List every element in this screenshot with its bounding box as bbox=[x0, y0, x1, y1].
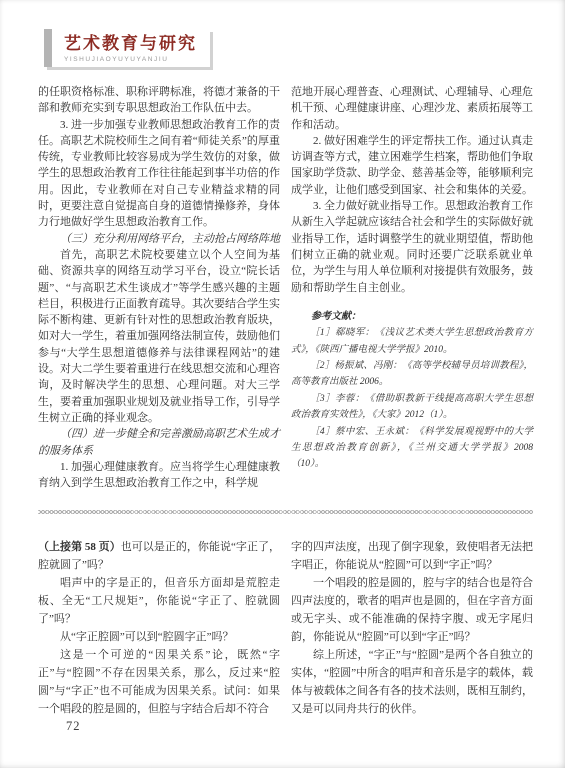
body-paragraph: 的任职资格标准、职称评聘标准，将德才兼备的干部和教师充实到专职思想政治工作队伍中… bbox=[38, 84, 280, 117]
body-paragraph: 从“字正腔圆”可以到“腔圆字正”吗？ bbox=[38, 628, 280, 646]
body-paragraph: 这是一个可逆的“因果关系”论，既然“字正”与“腔圆”不存在因果关系，那么，反过来… bbox=[38, 646, 280, 718]
page-number: 72 bbox=[66, 719, 81, 734]
section-subheading: （四）进一步健全和完善激励高职艺术生成才的服务体系 bbox=[38, 426, 280, 459]
journal-title: 艺术教育与研究 bbox=[64, 35, 197, 54]
article-2-right-column: 字的四声法度，出现了倒字现象，致使唱者无法把字唱正，你能说从“腔圆”可以到“字正… bbox=[291, 538, 533, 718]
section-divider bbox=[38, 510, 533, 514]
body-paragraph: 3. 进一步加强专业教师思想政治教育工作的责任。高职艺术院校师生之间有着“师徒关… bbox=[38, 117, 280, 231]
reference-item: ［4］蔡中宏、王永斌：《科学发展观视野中的大学生思想政治教育创新》，《兰州交通大… bbox=[291, 424, 533, 473]
body-paragraph: 综上所述，“字正”与“腔圆”是两个各自独立的实体，“腔圆”中所含的唱声和音乐是字… bbox=[291, 646, 533, 718]
body-paragraph: 2. 做好困难学生的评定帮扶工作。通过认真走访调查等方式，建立困难学生档案，帮助… bbox=[291, 133, 533, 198]
scanned-journal-page: 艺术教育与研究 YISHUJIAOYUYUYANJIU 的任职资格标准、职称评聘… bbox=[0, 0, 565, 768]
article-1-left-column: 的任职资格标准、职称评聘标准，将德才兼备的干部和教师充实到专职思想政治工作队伍中… bbox=[38, 84, 280, 491]
continuation-note: （上接第 58 页） bbox=[38, 541, 121, 553]
body-paragraph: 字的四声法度，出现了倒字现象，致使唱者无法把字唱正，你能说从“腔圆”可以到“字正… bbox=[291, 538, 533, 574]
section-subheading: （三）充分利用网络平台，主动抢占网络阵地 bbox=[38, 231, 280, 247]
reference-item: ［3］李蓉：《借助职教新干线提高高职大学生思想政治教育实效性》，《大家》2012… bbox=[291, 391, 533, 424]
references-heading: 参考文献： bbox=[291, 309, 533, 325]
reference-item: ［2］杨振斌、冯刚：《高等学校辅导员培训教程》，高等教育出版社 2006。 bbox=[291, 358, 533, 391]
article-2-left-column: （上接第 58 页）也可以是正的，你能说“字正了，腔就圆了”吗？唱声中的字是正的… bbox=[38, 538, 280, 718]
body-paragraph: 唱声中的字是正的，但音乐方面却是荒腔走板、全无“工尺规矩”，你能说“字正了、腔就… bbox=[38, 574, 280, 628]
body-paragraph: 3. 全力做好就业指导工作。思想政治教育工作从新生入学起就应该结合社会和学生的实… bbox=[291, 198, 533, 296]
body-paragraph: 一个唱段的腔是圆的，腔与字的结合也是符合四声法度的，歌者的唱声也是圆的，但在字音… bbox=[291, 574, 533, 646]
article-1-body: 的任职资格标准、职称评聘标准，将德才兼备的干部和教师充实到专职思想政治工作队伍中… bbox=[38, 84, 533, 491]
body-paragraph: 1. 加强心理健康教育。应当将学生心理健康教育纳入到学生思想政治教育工作之中，科… bbox=[38, 459, 280, 492]
reference-item: ［1］郗晓军：《浅议艺术类大学生思想政治教育方式》，《陕西广播电视大学学报》20… bbox=[291, 325, 533, 358]
article-1-right-column: 范地开展心理普查、心理测试、心理辅导、心理危机干预、心理健康讲座、心理沙龙、素质… bbox=[291, 84, 533, 491]
body-paragraph: 范地开展心理普查、心理测试、心理辅导、心理危机干预、心理健康讲座、心理沙龙、素质… bbox=[291, 84, 533, 133]
body-paragraph: 首先，高职艺术院校要建立以个人空间为基础、资源共享的网络互动学习平台，设立“院长… bbox=[38, 247, 280, 426]
article-2-body: （上接第 58 页）也可以是正的，你能说“字正了，腔就圆了”吗？唱声中的字是正的… bbox=[38, 538, 533, 718]
body-paragraph: （上接第 58 页）也可以是正的，你能说“字正了，腔就圆了”吗？ bbox=[38, 538, 280, 574]
journal-header-badge: 艺术教育与研究 YISHUJIAOYUYUYANJIU bbox=[44, 29, 210, 67]
journal-pinyin-subtitle: YISHUJIAOYUYUYANJIU bbox=[64, 56, 197, 63]
